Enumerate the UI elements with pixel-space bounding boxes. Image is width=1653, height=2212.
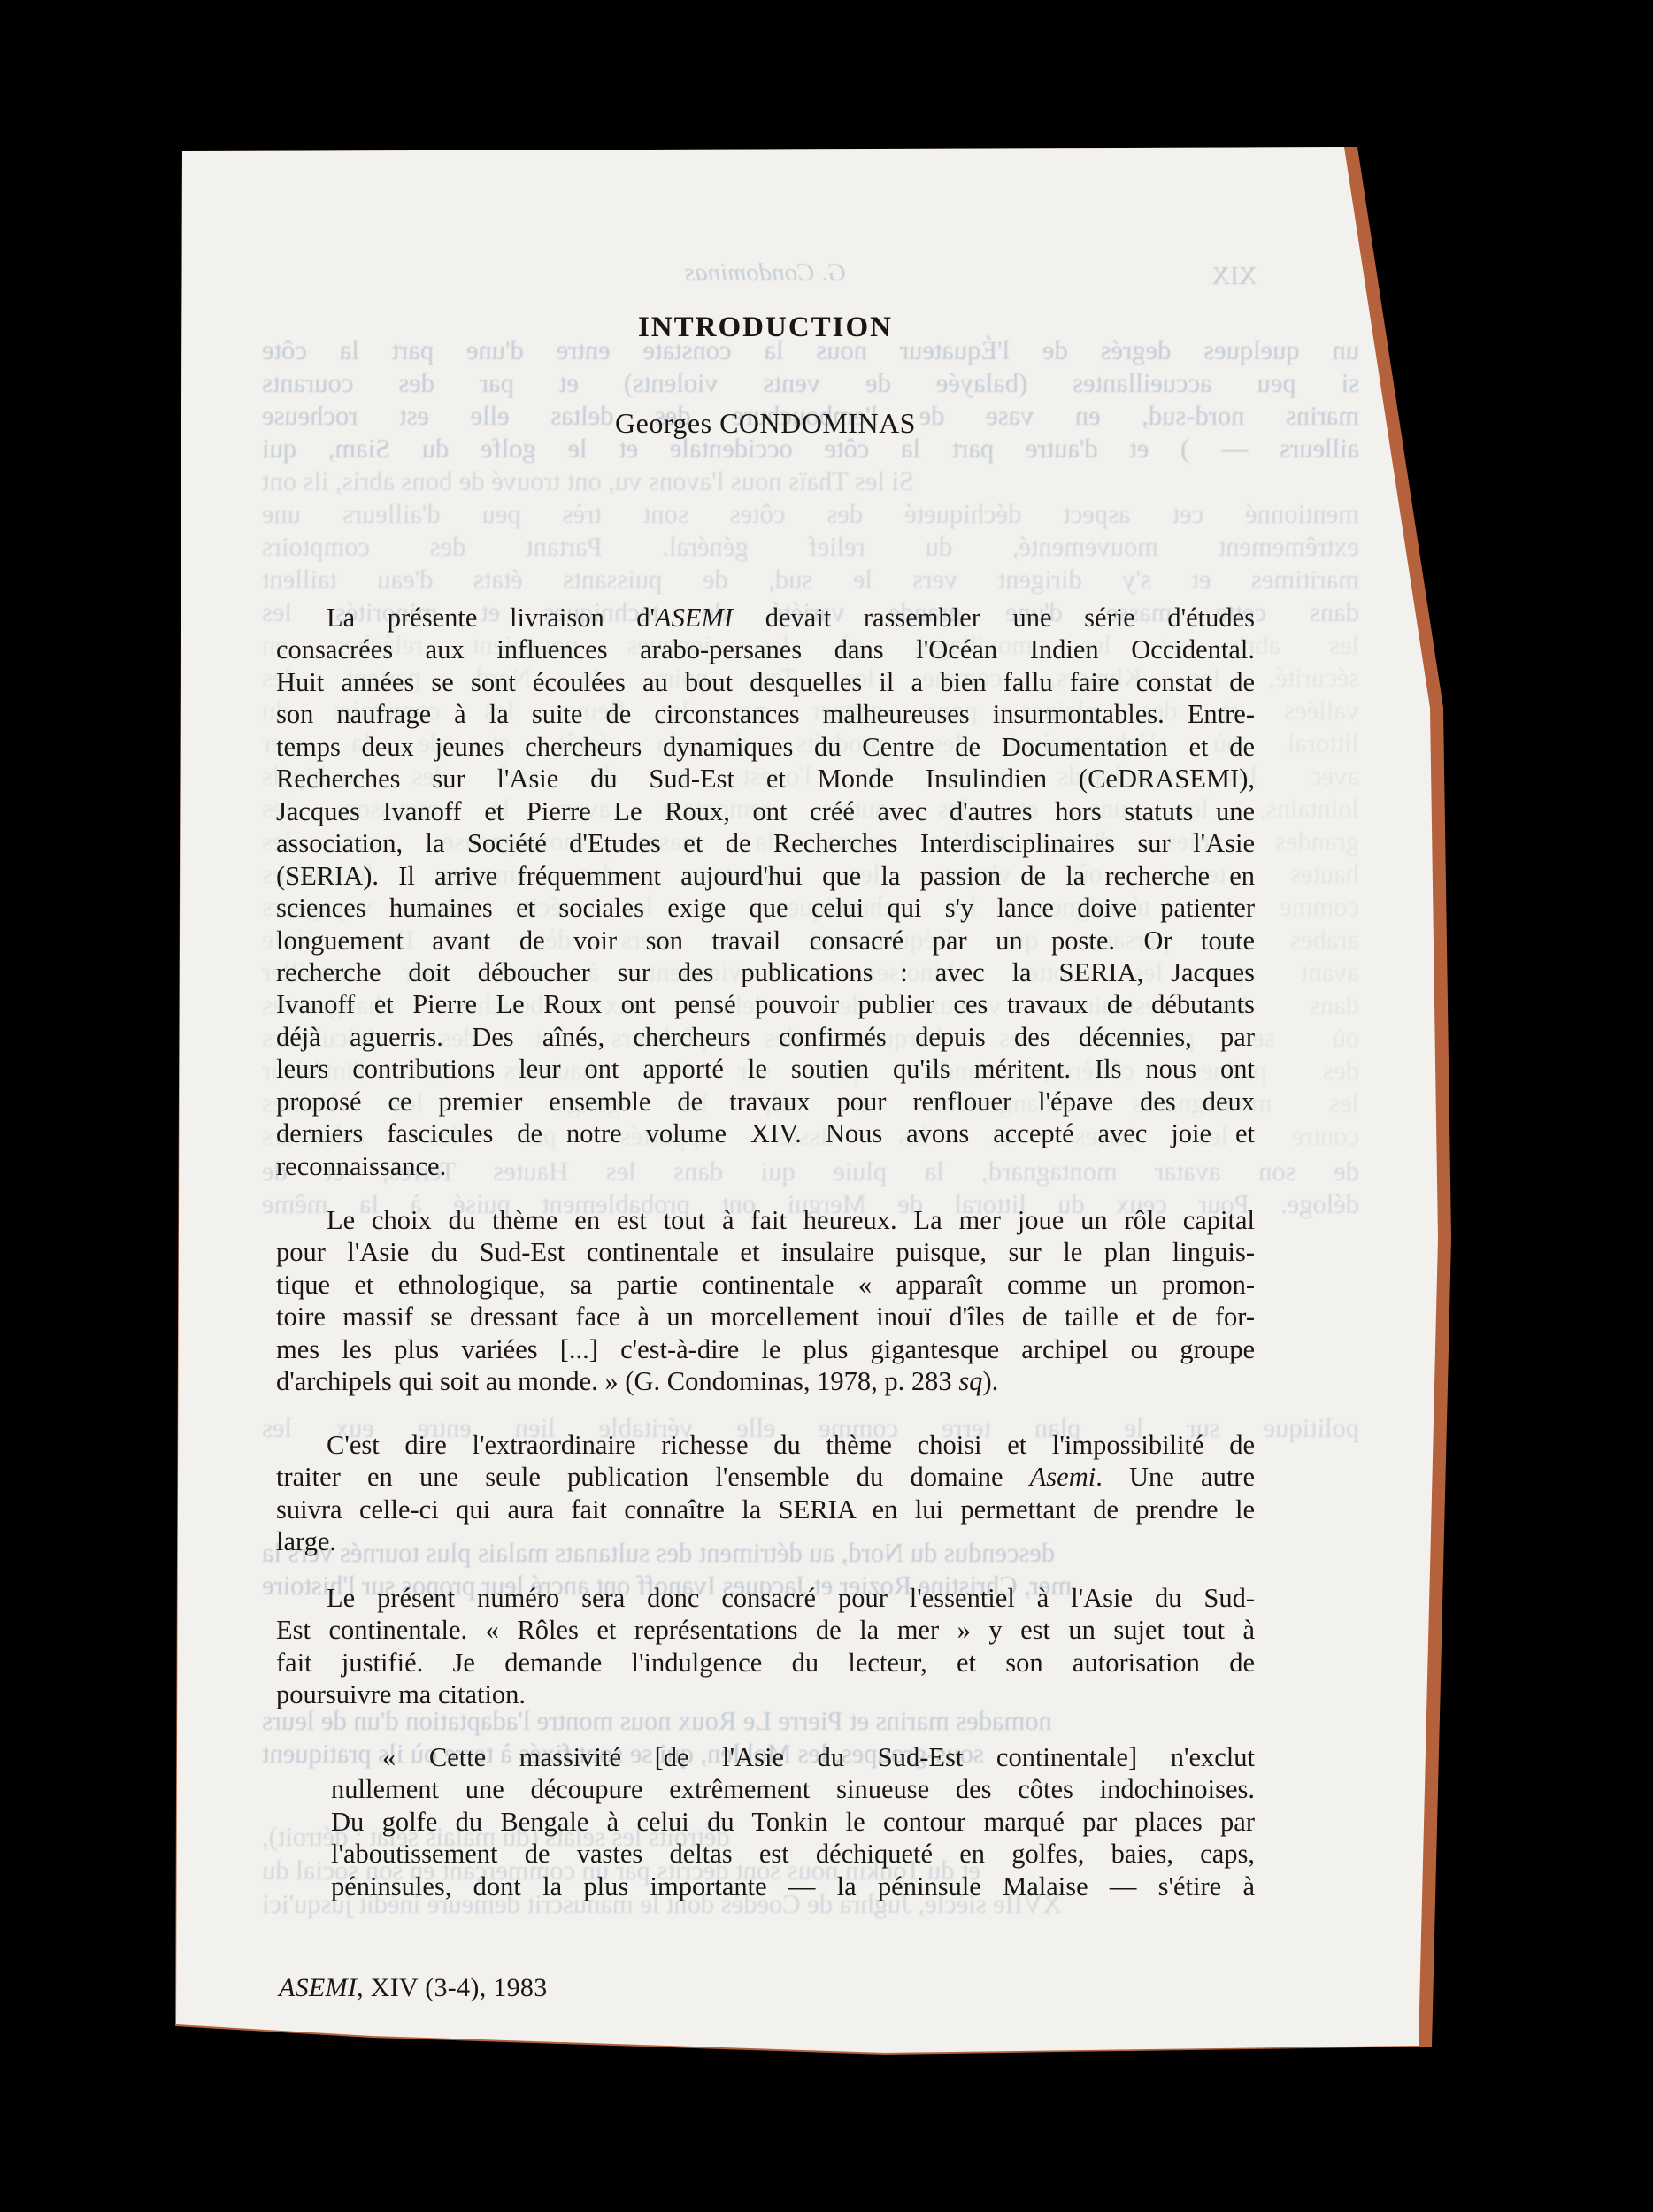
text-line: Ivanoff et Pierre Le Roux ont pensé pouv… (276, 988, 1255, 1020)
ghost-text-line: extrêmement mouvementé, du relief généra… (262, 531, 1359, 563)
text-line: derniers fascicules de notre volume XIV.… (276, 1118, 1255, 1149)
text-line: son naufrage à la suite de circonstances… (276, 698, 1255, 730)
text-line: La présente livraison d'ASEMI devait ras… (276, 602, 1255, 634)
text-line: Du golfe du Bengale à celui du Tonkin le… (331, 1806, 1255, 1838)
text-line: poursuivre ma citation. (276, 1678, 1255, 1710)
body-paragraph-4: Le présent numéro sera donc consacré pou… (276, 1582, 1255, 1711)
body-paragraph-3: C'est dire l'extraordinaire richesse du … (276, 1429, 1255, 1558)
text-line: large. (276, 1525, 1255, 1557)
text-line: traiter en une seule publication l'ensem… (276, 1461, 1255, 1493)
text-line: temps deux jeunes chercheurs dynamiques … (276, 731, 1255, 763)
text-line: consacrées aux influences arabo-persanes… (276, 634, 1255, 665)
text-line: C'est dire l'extraordinaire richesse du … (276, 1429, 1255, 1461)
text-line: leurs contributions leur ont apporté le … (276, 1053, 1255, 1085)
text-line: Le présent numéro sera donc consacré pou… (276, 1582, 1255, 1614)
ghost-page-number: XIX (1186, 262, 1283, 291)
text-line: tique et ethnologique, sa partie contine… (276, 1269, 1255, 1301)
text-line: recherche doit déboucher sur des publica… (276, 956, 1255, 988)
text-line: toire massif se dressant face à un morce… (276, 1301, 1255, 1333)
text-line: l'aboutissement de vastes deltas est déc… (331, 1838, 1255, 1870)
text-line: fait justifié. Je demande l'indulgence d… (276, 1647, 1255, 1678)
ghost-text-line: Si les Thaïs nous l'avons vu, ont trouvé… (262, 465, 1359, 497)
text-line: d'archipels qui soit au monde. » (G. Con… (276, 1365, 1255, 1397)
text-line: sciences humaines et sociales exige que … (276, 892, 1255, 924)
text-line: Est continentale. « Rôles et représentat… (276, 1614, 1255, 1646)
text-line: Jacques Ivanoff et Pierre Le Roux, ont c… (276, 795, 1255, 827)
text-line: nullement une découpure extrêmement sinu… (331, 1773, 1255, 1805)
ghost-text-line: si peu accueillantes (balayée de vents v… (262, 367, 1359, 399)
page-title: INTRODUCTION (276, 311, 1255, 344)
text-line: déjà aguerris. Des aînés, chercheurs con… (276, 1021, 1255, 1053)
text-line: Huit années se sont écoulées au bout des… (276, 666, 1255, 698)
text-line: mes les plus variées [...] c'est-à-dire … (276, 1333, 1255, 1365)
text-line: péninsules, dont la plus importante — la… (331, 1870, 1255, 1902)
text-line: Le choix du thème en est tout à fait heu… (276, 1204, 1255, 1236)
body-paragraph-2: Le choix du thème en est tout à fait heu… (276, 1204, 1255, 1398)
body-paragraph-1: La présente livraison d'ASEMI devait ras… (276, 602, 1255, 1182)
text-line: association, la Société d'Etudes et de R… (276, 827, 1255, 859)
text-line: reconnaissance. (276, 1150, 1255, 1182)
journal-footer: ASEMI, XIV (3-4), 1983 (279, 1973, 548, 2003)
text-line: Recherches sur l'Asie du Sud-Est et Mond… (276, 763, 1255, 795)
ghost-running-header: G. Condominas (276, 258, 1255, 288)
author-name: Georges CONDOMINAS (276, 407, 1255, 440)
text-line: proposé ce premier ensemble de travaux p… (276, 1086, 1255, 1118)
block-quote: « Cette massivité [de l'Asie du Sud-Est … (331, 1741, 1255, 1902)
text-line: pour l'Asie du Sud-Est continentale et i… (276, 1236, 1255, 1268)
text-line: « Cette massivité [de l'Asie du Sud-Est … (331, 1741, 1255, 1773)
text-line: longuement avant de voir son travail con… (276, 925, 1255, 956)
ghost-text-line: mentionné cet aspect déchiqueté des côte… (262, 498, 1359, 530)
text-line: suivra celle-ci qui aura fait connaître … (276, 1494, 1255, 1525)
book-page: G. Condominas XIX un quelques degrés de … (0, 0, 1653, 2212)
text-line: (SERIA). Il arrive fréquemment aujourd'h… (276, 860, 1255, 892)
scanned-book-photo: G. Condominas XIX un quelques degrés de … (0, 0, 1653, 2212)
ghost-text-line: maritimes et s'y dirigent vers le sud, d… (262, 564, 1359, 595)
